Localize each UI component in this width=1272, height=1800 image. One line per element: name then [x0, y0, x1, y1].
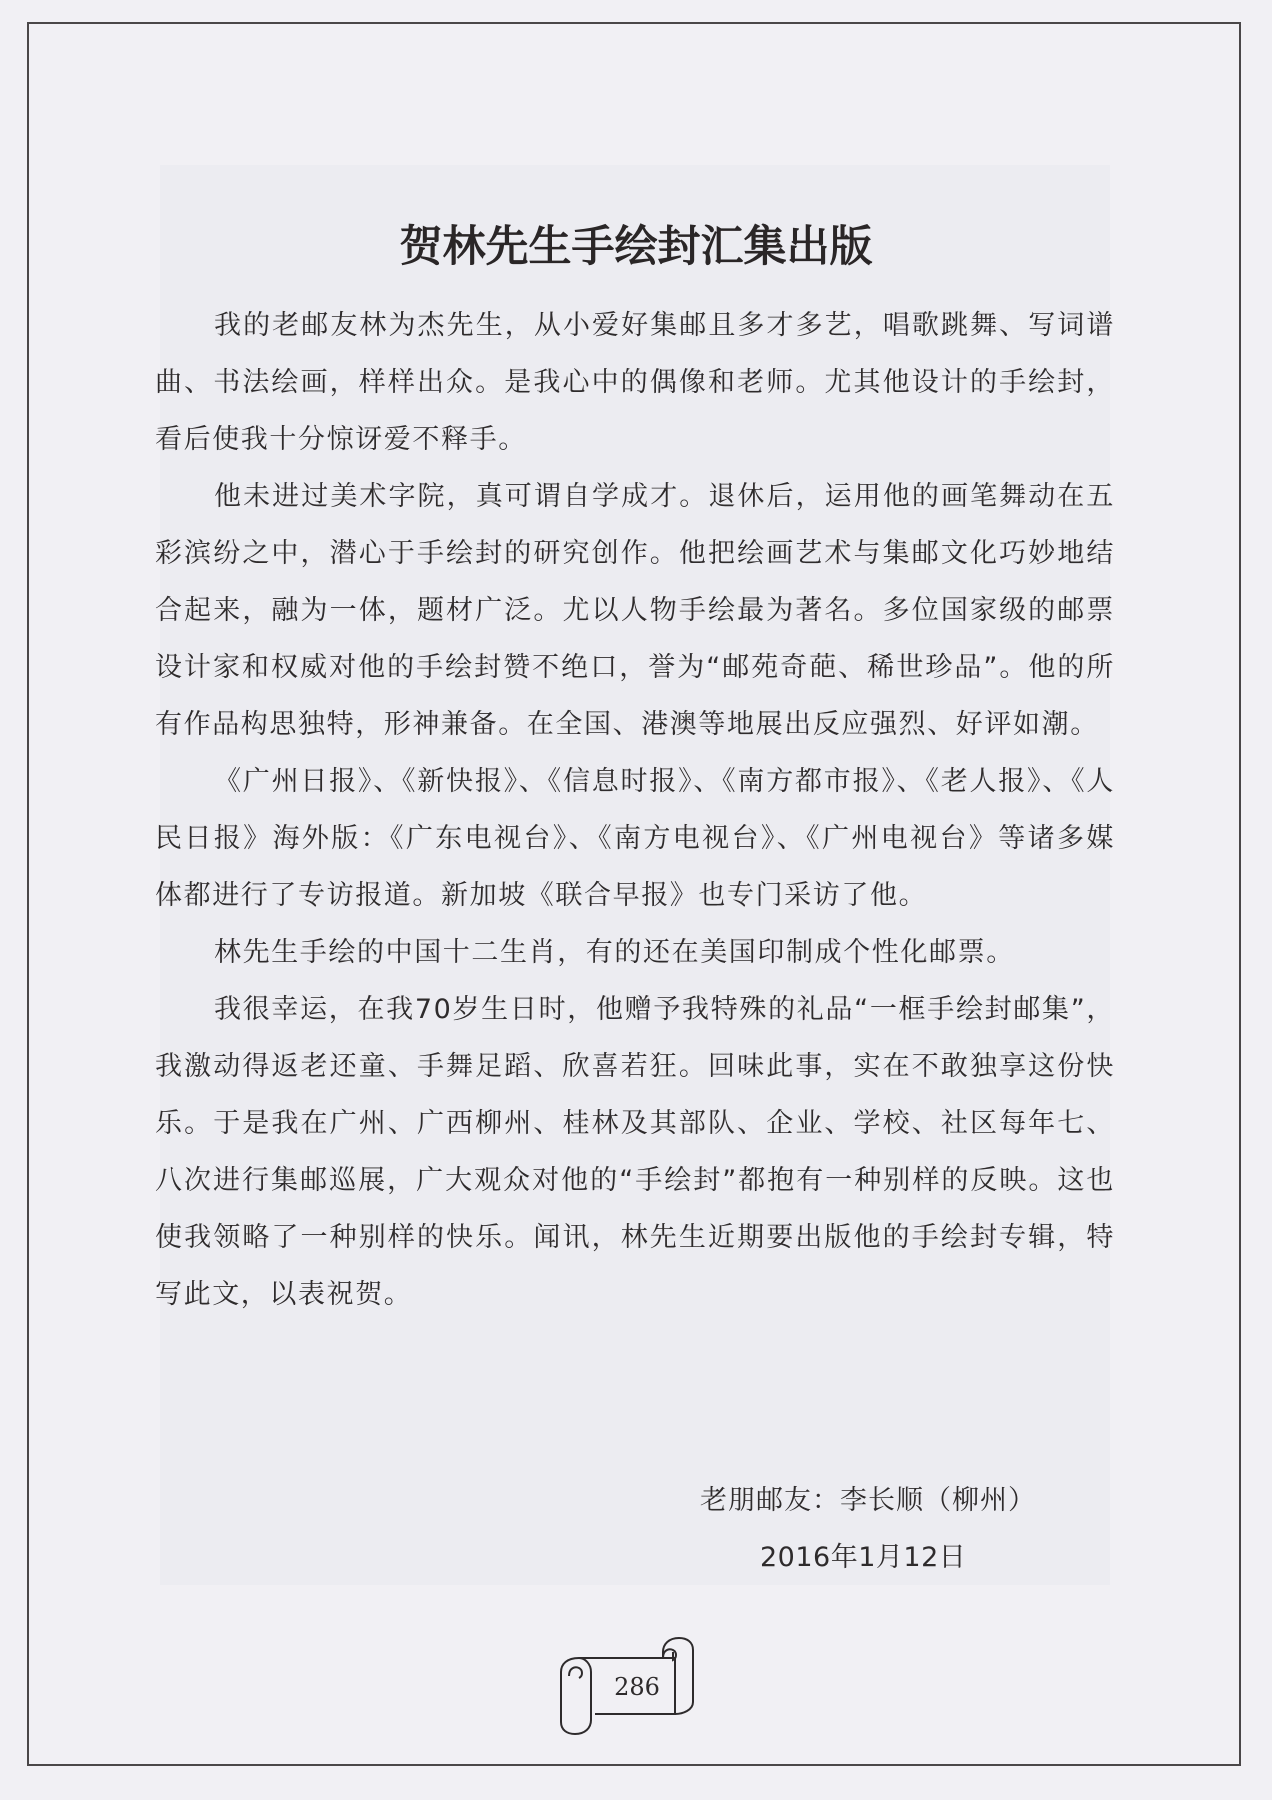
- page-number: 286: [587, 1672, 687, 1702]
- article-body: 我的老邮友林为杰先生，从小爱好集邮且多才多艺，唱歌跳舞、写词谱曲、书法绘画，样样…: [155, 297, 1115, 1323]
- paragraph-1: 我的老邮友林为杰先生，从小爱好集邮且多才多艺，唱歌跳舞、写词谱曲、书法绘画，样样…: [155, 297, 1115, 468]
- page-number-badge: 286: [557, 1636, 703, 1736]
- paragraph-5: 我很幸运，在我70岁生日时，他赠予我特殊的礼品“一框手绘封邮集”，我激动得返老还…: [155, 981, 1115, 1323]
- article-title: 贺林先生手绘封汇集出版: [0, 219, 1272, 275]
- article-date: 2016年1月12日: [760, 1539, 966, 1577]
- paragraph-4: 林先生手绘的中国十二生肖，有的还在美国印制成个性化邮票。: [155, 924, 1115, 981]
- author-signature: 老朋邮友：李长顺（柳州）: [700, 1482, 1036, 1520]
- paragraph-3: 《广州日报》、《新快报》、《信息时报》、《南方都市报》、《老人报》、《人民日报》…: [155, 753, 1115, 924]
- paragraph-2: 他未进过美术字院，真可谓自学成才。退休后，运用他的画笔舞动在五彩滨纷之中，潜心于…: [155, 468, 1115, 753]
